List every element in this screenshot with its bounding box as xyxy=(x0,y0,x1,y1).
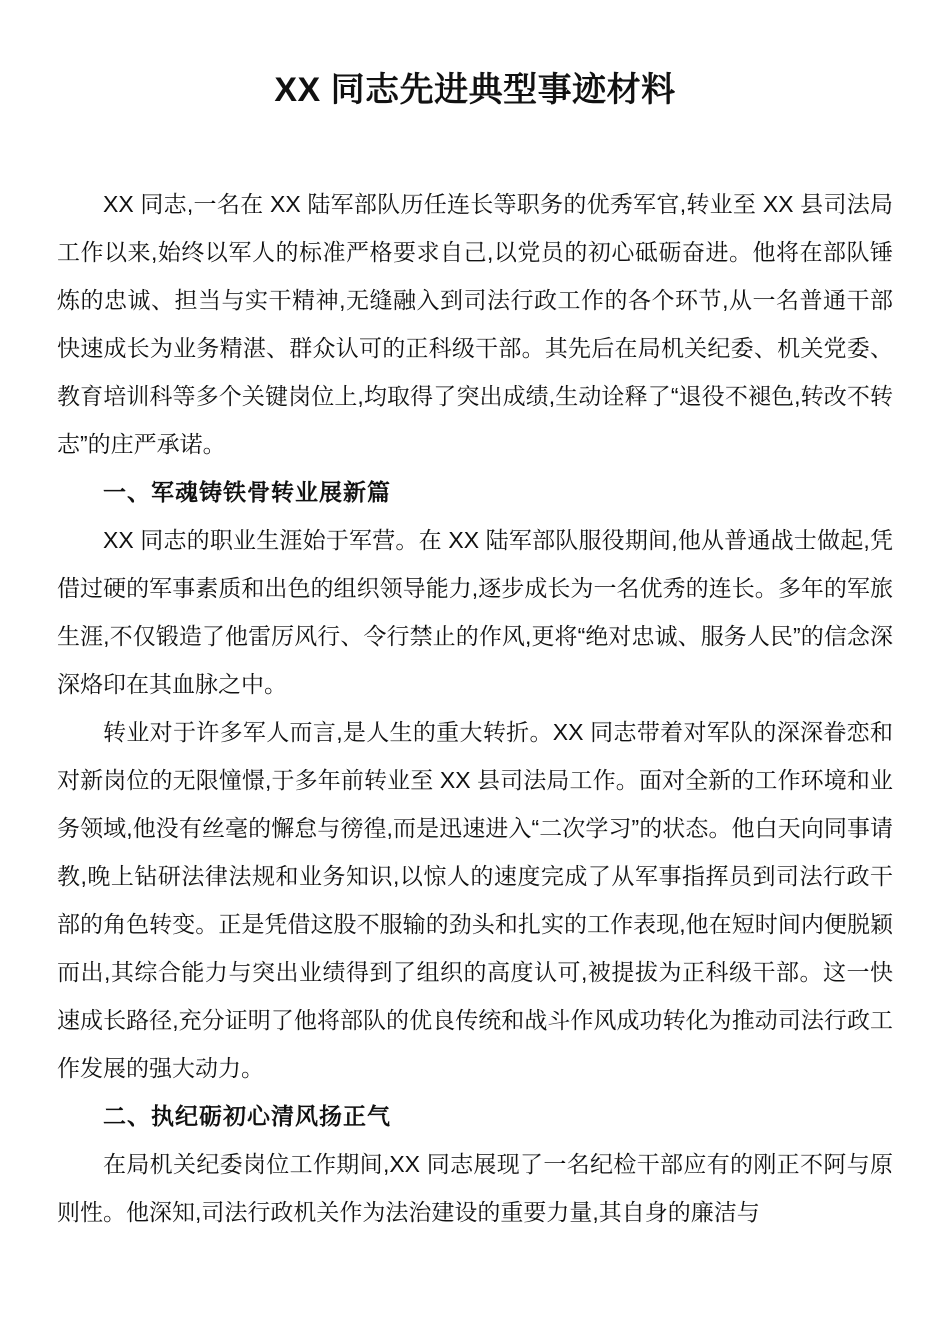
body-paragraph: 转业对于许多军人而言,是人生的重大转折。XX 同志带着对军队的深深眷恋和对新岗位… xyxy=(57,708,893,1092)
document-body: XX 同志,一名在 XX 陆军部队历任连长等职务的优秀军官,转业至 XX 县司法… xyxy=(57,180,893,1236)
document-title: XX 同志先进典型事迹材料 xyxy=(57,66,893,114)
section-heading: 二、执纪砺初心清风扬正气 xyxy=(57,1092,893,1140)
body-paragraph: XX 同志的职业生涯始于军营。在 XX 陆军部队服役期间,他从普通战士做起,凭借… xyxy=(57,516,893,708)
body-paragraph: XX 同志,一名在 XX 陆军部队历任连长等职务的优秀军官,转业至 XX 县司法… xyxy=(57,180,893,468)
body-paragraph: 在局机关纪委岗位工作期间,XX 同志展现了一名纪检干部应有的刚正不阿与原则性。他… xyxy=(57,1140,893,1236)
document-page: XX 同志先进典型事迹材料 XX 同志,一名在 XX 陆军部队历任连长等职务的优… xyxy=(0,0,950,1344)
section-heading: 一、军魂铸铁骨转业展新篇 xyxy=(57,468,893,516)
